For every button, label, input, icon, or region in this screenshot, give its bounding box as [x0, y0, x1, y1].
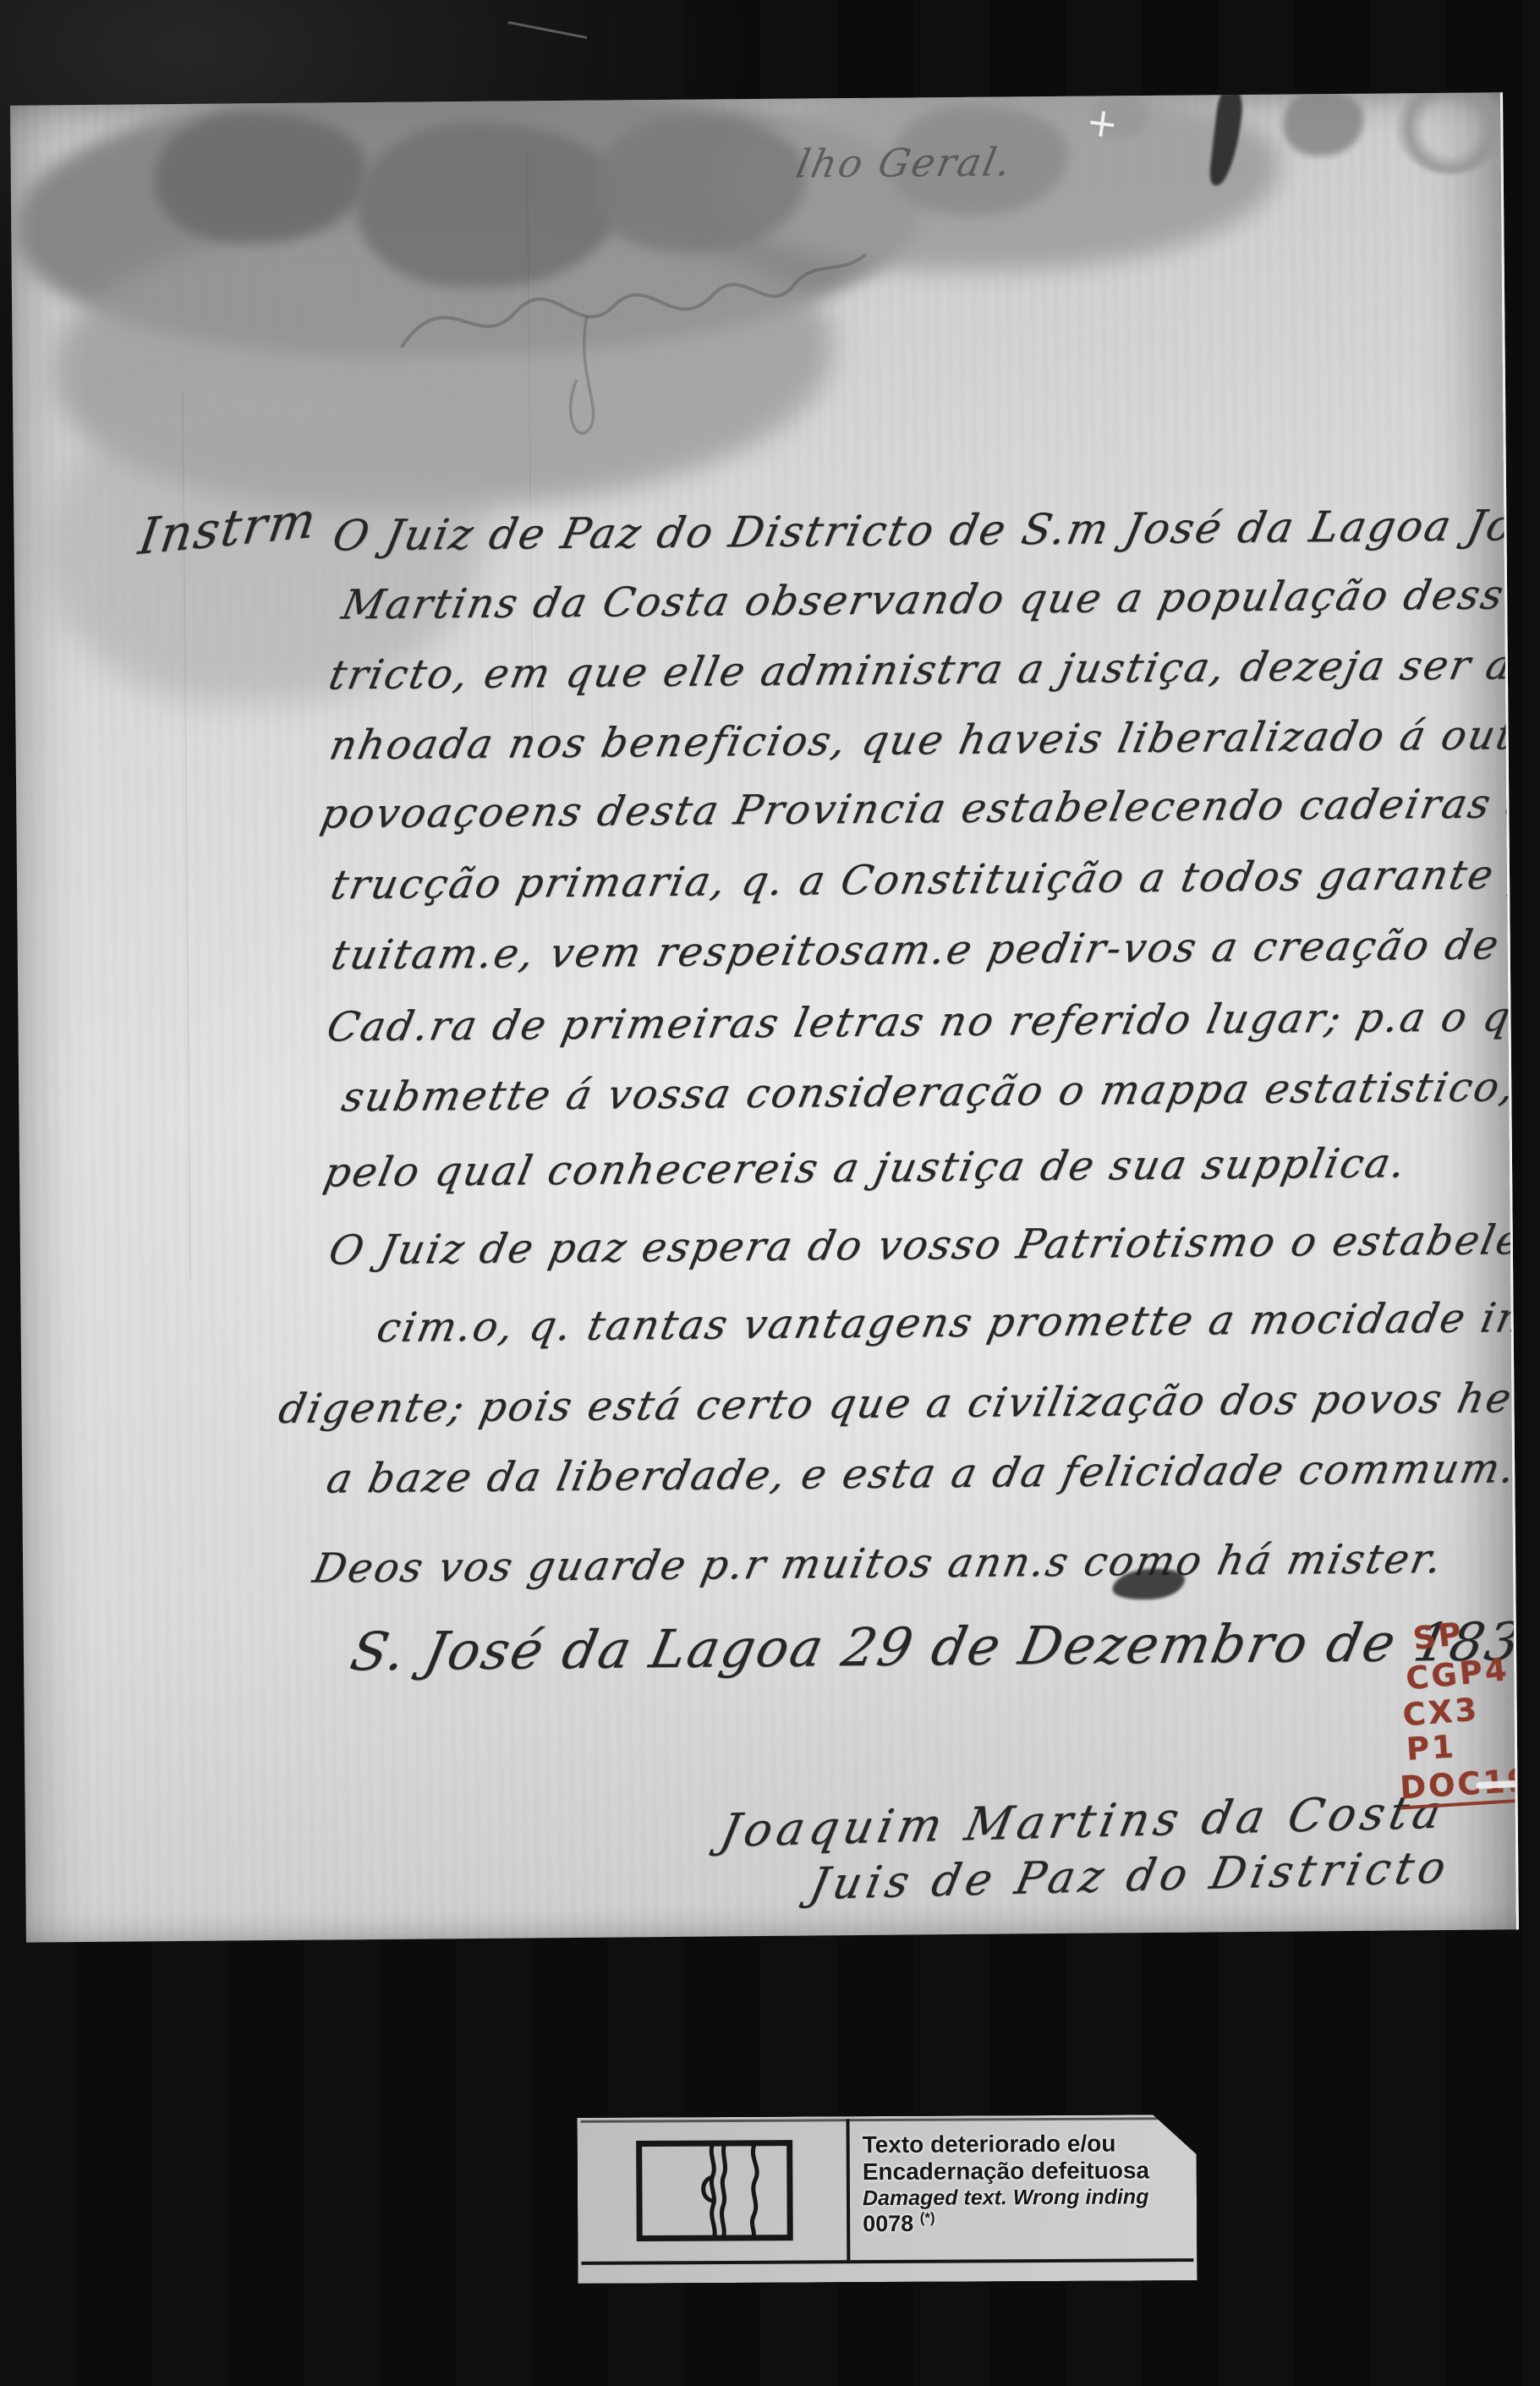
archival-mark-cx3: CX3	[1401, 1692, 1481, 1734]
scanned-document-page: lho Geral. Instrm O Juiz de Paz do Distr…	[0, 0, 1540, 2386]
faded-scrawl	[396, 174, 872, 441]
letter-line: Martins da Costa observando que a popula…	[337, 570, 1518, 628]
stamp-number-mark: (*)	[920, 2210, 935, 2226]
stamp-divider	[847, 2119, 851, 2260]
letter-line: Cad.ra de primeiras letras no referido l…	[323, 993, 1519, 1051]
stamp-top-rule	[581, 2117, 1193, 2123]
letter-line: O Juiz de Paz do Districto de S.m José d…	[329, 500, 1519, 561]
letter-line: cim.o, q. tantas vantagens promette a mo…	[373, 1294, 1519, 1352]
archival-mark-sp: SP	[1411, 1615, 1466, 1657]
letter-dateline: S. José da Lagoa 29 de Dezembro de 1832.	[346, 1610, 1519, 1683]
letter-line: trucção primaria, q. a Constituição a to…	[326, 850, 1519, 908]
stain-ring	[1395, 92, 1506, 174]
faded-header-text: lho Geral.	[792, 139, 1017, 186]
letter-line: digente; pois está certo que a civilizaç…	[275, 1374, 1517, 1433]
stamp-bottom-rule	[581, 2258, 1193, 2265]
stamp-text-english: Damaged text. Wrong inding	[863, 2185, 1149, 2211]
letter-line: submette á vossa consideração o mappa es…	[338, 1063, 1519, 1121]
stamp-number: 0078 (*)	[863, 2210, 935, 2237]
damaged-book-icon	[635, 2139, 795, 2243]
letter-line: tuitam.e, vem respeitosam.e pedir-vos a …	[327, 920, 1519, 979]
stamp-text-portuguese-2: Encadernação defeituosa	[863, 2157, 1149, 2186]
letter-line: tricto, em que elle administra a justiça…	[325, 640, 1519, 699]
scratch-mark	[508, 21, 588, 39]
letter-line: a baze da liberdade, e esta a da felicid…	[323, 1445, 1519, 1502]
stamp-text-portuguese-1: Texto deteriorado e/ou	[863, 2131, 1116, 2159]
letter-line: nhoada nos beneficios, que haveis libera…	[326, 710, 1519, 769]
letter-line: pelo qual conhecereis a justiça de sua s…	[320, 1139, 1411, 1196]
stamp-number-value: 0078	[863, 2211, 913, 2236]
stain-blob	[1283, 92, 1364, 156]
letter-line: povoaçoens desta Provincia estabelecendo…	[317, 779, 1519, 838]
damage-stamp-label: Texto deteriorado e/ou Encadernação defe…	[577, 2114, 1197, 2284]
archival-mark-p1: P1	[1406, 1728, 1457, 1768]
letter-line: Deos vos guarde p.r muitos ann.s como há…	[309, 1535, 1448, 1593]
letter-line: O Juiz de paz espera do vosso Patriotism…	[325, 1216, 1519, 1275]
paper-sheet: lho Geral. Instrm O Juiz de Paz do Distr…	[10, 92, 1519, 1942]
